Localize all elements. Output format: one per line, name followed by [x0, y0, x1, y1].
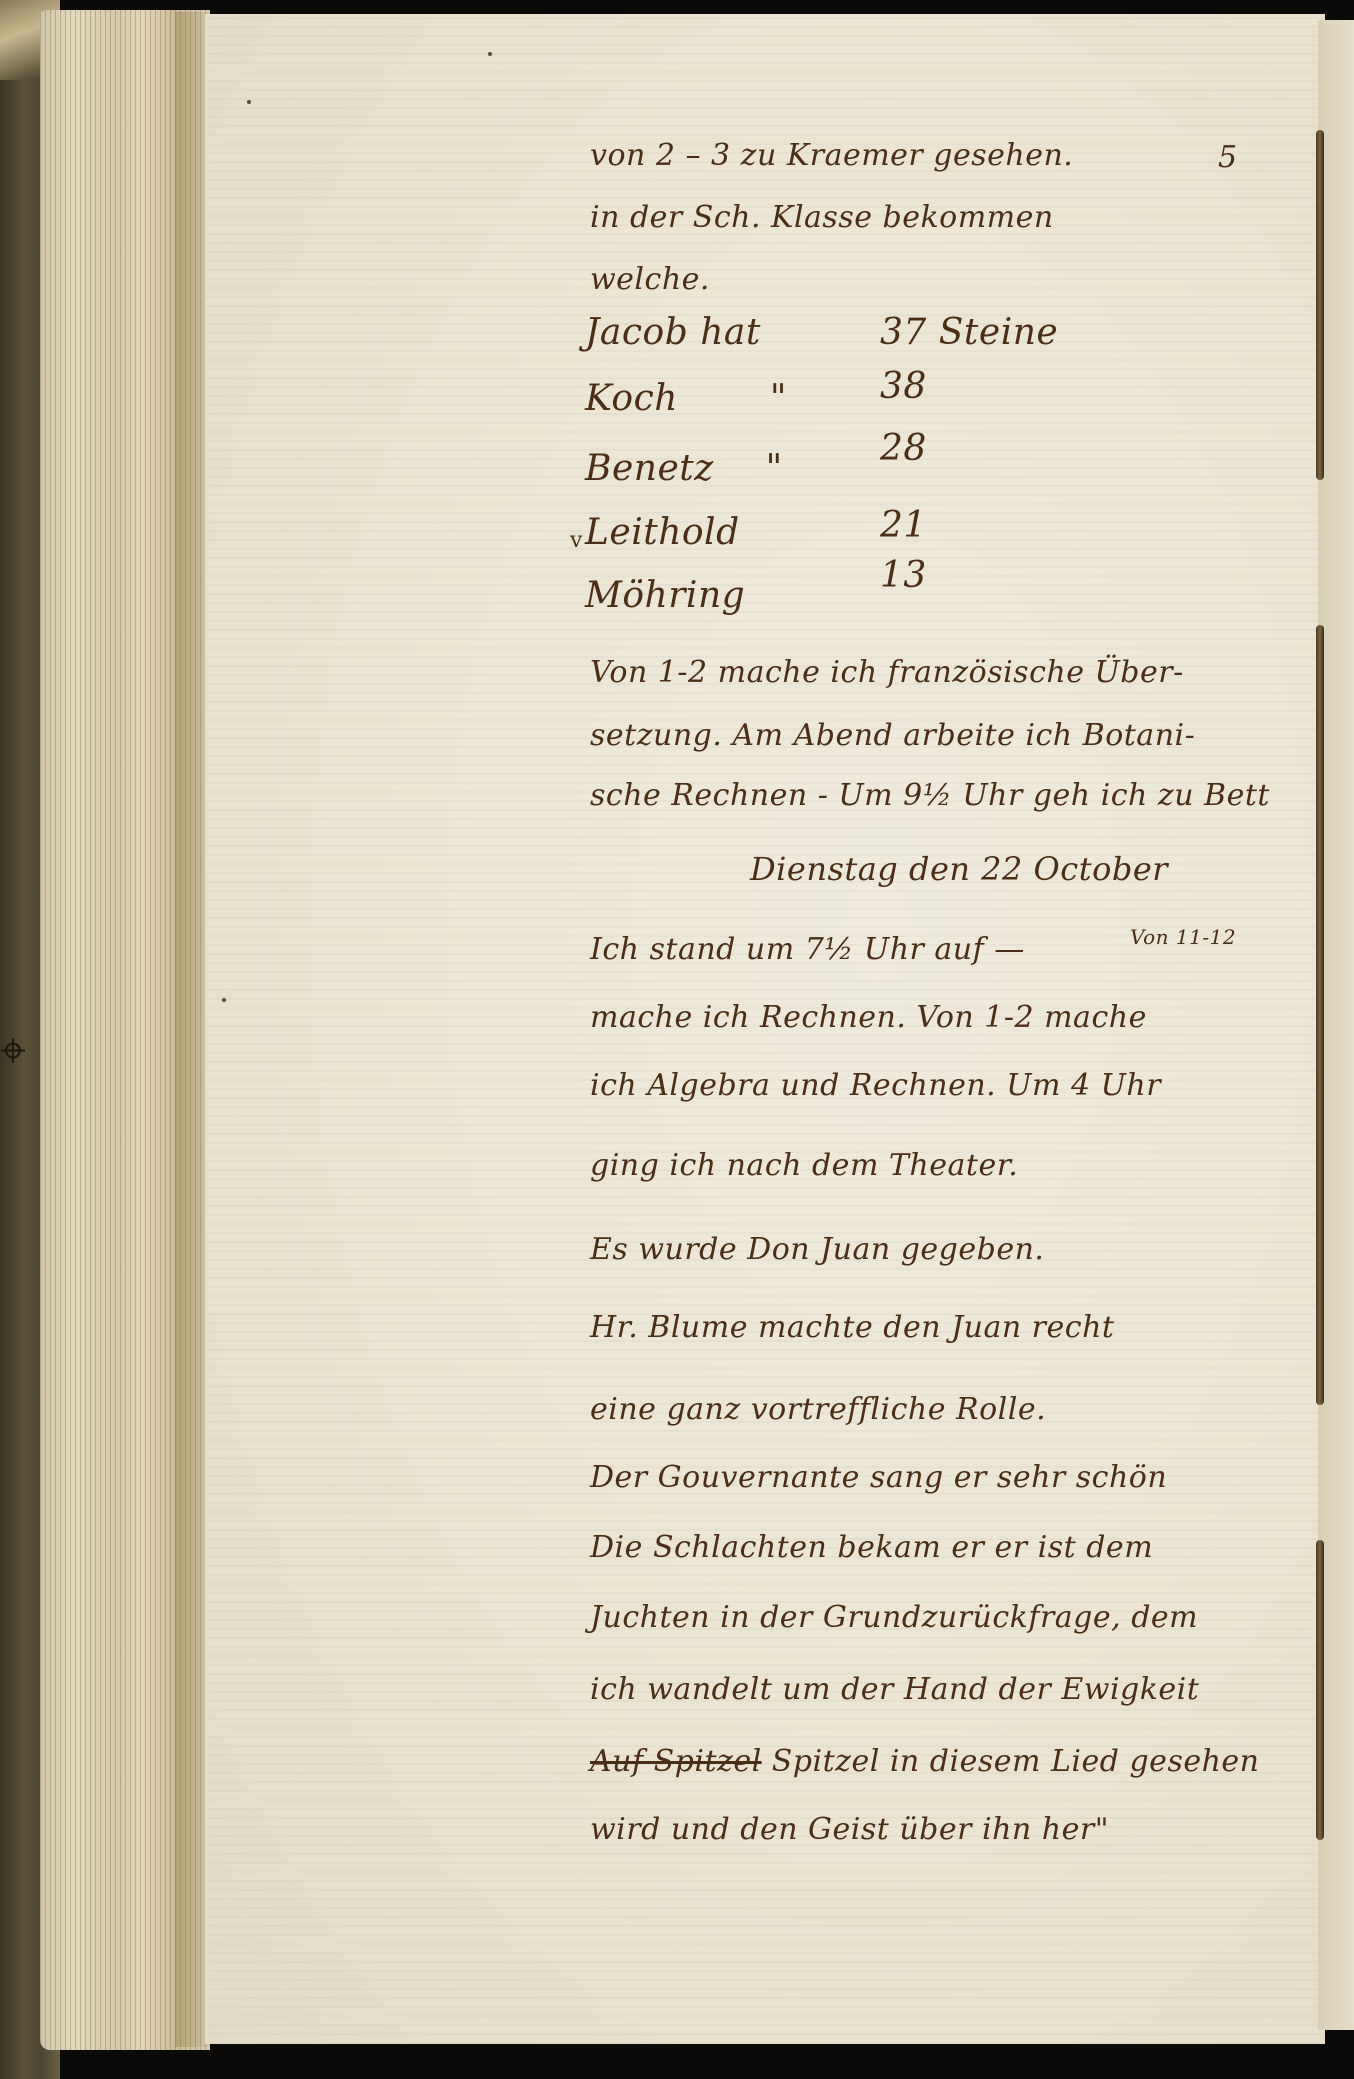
text-line: Es wurde Don Juan gegeben.	[590, 1232, 1044, 1267]
struck-out-word: Auf Spitzel	[590, 1744, 762, 1779]
tally-prefix-mark: v	[570, 528, 582, 553]
tally-value: 28	[880, 428, 927, 469]
text-line: von 2 – 3 zu Kraemer gesehen.	[590, 138, 1073, 173]
text-line: Auf Spitzel Spitzel in diesem Lied geseh…	[590, 1744, 1259, 1779]
text-line: eine ganz vortreffliche Rolle.	[590, 1392, 1046, 1427]
text-line: Der Gouvernante sang er sehr schön	[590, 1460, 1167, 1495]
text-line: Hr. Blume machte den Juan recht	[590, 1310, 1114, 1345]
text-line: welche.	[590, 262, 710, 297]
text-line: wird und den Geist über ihn her"	[590, 1812, 1109, 1847]
tally-name-text: Benetz	[585, 448, 714, 489]
text-line: in der Sch. Klasse bekommen	[590, 200, 1054, 235]
paper-speck	[247, 100, 251, 104]
margin-note: Von 11-12	[1130, 925, 1236, 949]
tally-value: 13	[880, 555, 927, 596]
tally-value: 38	[880, 366, 927, 407]
text-line: Von 1-2 mache ich französische Über-	[590, 655, 1184, 690]
date-heading: Dienstag den 22 October	[750, 850, 1168, 888]
text-line: mache ich Rechnen. Von 1-2 mache	[590, 1000, 1147, 1035]
text-line: ich wandelt um der Hand der Ewigkeit	[590, 1672, 1199, 1707]
page-number: 5	[1218, 140, 1238, 175]
ditto-mark: "	[770, 378, 787, 419]
tally-value: 21	[880, 505, 927, 546]
binding-gutter-shadow	[1316, 1540, 1324, 1840]
tally-number: 37	[880, 312, 927, 353]
line-text: Spitzel in diesem Lied gesehen	[772, 1744, 1260, 1779]
binding-gutter-shadow	[1316, 625, 1324, 1405]
text-line: Ich stand um 7½ Uhr auf —	[590, 932, 1025, 967]
text-line: Juchten in der Grundzurückfrage, dem	[590, 1600, 1198, 1635]
tally-value: 37 Steine	[880, 312, 1058, 353]
tally-name-text: Koch	[585, 378, 678, 419]
cover-ink-mark: ⌖	[0, 1020, 40, 1080]
text-line: Die Schlachten bekam er er ist dem	[590, 1530, 1153, 1565]
text-line: sche Rechnen - Um 9½ Uhr geh ich zu Bett	[590, 778, 1270, 813]
ditto-mark: "	[766, 448, 783, 489]
text-line: setzung. Am Abend arbeite ich Botani-	[590, 718, 1195, 753]
tally-name: Koch "	[585, 378, 787, 419]
tally-name: Möhring	[585, 575, 745, 616]
paper-speck	[222, 998, 226, 1002]
tally-name: Leithold	[585, 512, 740, 553]
text-line: ging ich nach dem Theater.	[590, 1148, 1018, 1183]
binding-gutter-shadow	[1316, 130, 1324, 480]
text-line: ich Algebra und Rechnen. Um 4 Uhr	[590, 1068, 1161, 1103]
tally-name: Jacob hat	[585, 312, 761, 353]
paper-speck	[488, 52, 492, 56]
tally-name: Benetz "	[585, 448, 783, 489]
tally-unit: Steine	[939, 312, 1058, 353]
